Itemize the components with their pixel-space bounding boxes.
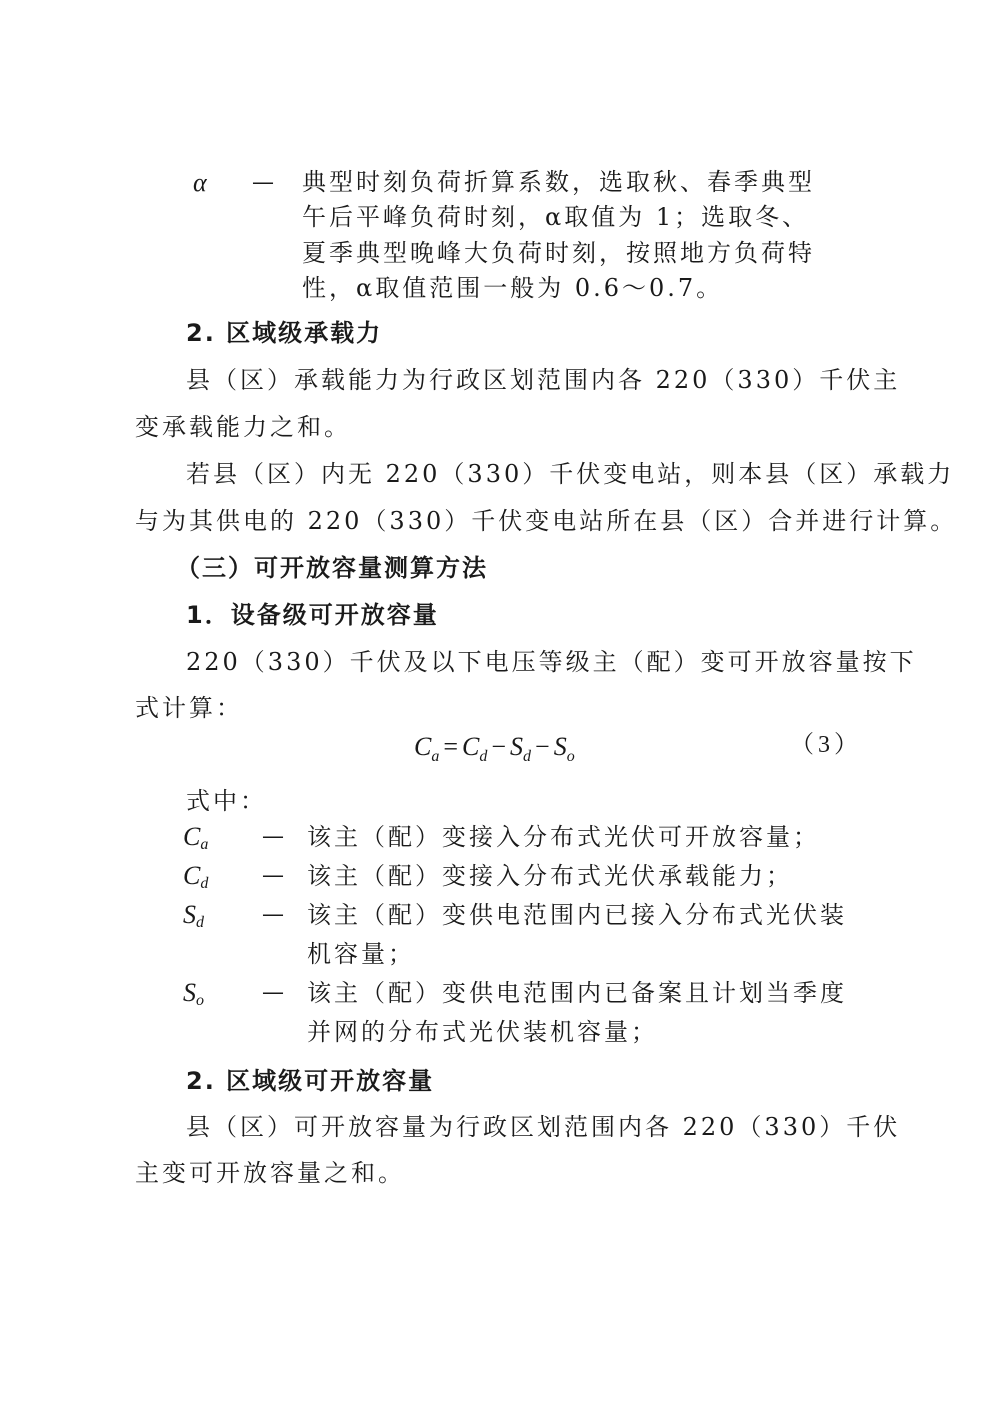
- alpha-def-line-1: 典型时刻负荷折算系数，选取秋、春季典型: [302, 167, 815, 197]
- formula-3: Ca=Cd−Sd−So: [414, 732, 575, 772]
- def-sd-line-2: 机容量；: [307, 939, 415, 969]
- heading-section-3: （三）可开放容量测算方法: [176, 553, 488, 583]
- para-regional-open-1: 县（区）可开放容量为行政区划范围内各 220（330）千伏: [186, 1112, 900, 1142]
- para-device-capacity-1: 220（330）千伏及以下电压等级主（配）变可开放容量按下: [186, 647, 917, 677]
- symbol-ca: Ca: [183, 822, 208, 860]
- def-sd-line-1: 该主（配）变供电范围内已接入分布式光伏装: [307, 900, 847, 930]
- symbol-cd: Cd: [183, 861, 208, 899]
- alpha-dash: —: [252, 168, 274, 198]
- alpha-def-line-3: 夏季典型晚峰大负荷时刻，按照地方负荷特: [302, 238, 815, 268]
- dash-so: —: [262, 978, 284, 1008]
- para-no-substation-1: 若县（区）内无 220（330）千伏变电站，则本县（区）承载力: [186, 459, 954, 489]
- dash-ca: —: [262, 822, 284, 852]
- symbol-so: So: [183, 978, 204, 1016]
- heading-device-capacity: 1．设备级可开放容量: [186, 600, 439, 630]
- para-no-substation-2: 与为其供电的 220（330）千伏变电站所在县（区）合并进行计算。: [135, 506, 957, 536]
- para-county-capacity-1: 县（区）承载能力为行政区划范围内各 220（330）千伏主: [186, 365, 900, 395]
- alpha-symbol: α: [193, 168, 207, 198]
- def-so-line-1: 该主（配）变供电范围内已备案且计划当季度: [307, 978, 847, 1008]
- def-cd: 该主（配）变接入分布式光伏承载能力；: [307, 861, 793, 891]
- equation-number: （3）: [790, 730, 862, 760]
- heading-regional-capacity: 2. 区域级承载力: [186, 318, 382, 348]
- para-regional-open-2: 主变可开放容量之和。: [135, 1158, 405, 1188]
- def-so-line-2: 并网的分布式光伏装机容量；: [307, 1017, 658, 1047]
- para-device-capacity-2: 式计算：: [135, 693, 243, 723]
- alpha-def-line-2: 午后平峰负荷时刻，α取值为 1；选取冬、: [302, 202, 809, 232]
- symbol-sd: Sd: [183, 900, 204, 938]
- where-label: 式中：: [186, 786, 267, 816]
- dash-cd: —: [262, 861, 284, 891]
- dash-sd: —: [262, 900, 284, 930]
- para-county-capacity-2: 变承载能力之和。: [135, 412, 351, 442]
- alpha-def-line-4: 性，α取值范围一般为 0.6～0.7。: [302, 273, 723, 303]
- def-ca: 该主（配）变接入分布式光伏可开放容量；: [307, 822, 820, 852]
- heading-regional-open-capacity: 2. 区域级可开放容量: [186, 1066, 434, 1096]
